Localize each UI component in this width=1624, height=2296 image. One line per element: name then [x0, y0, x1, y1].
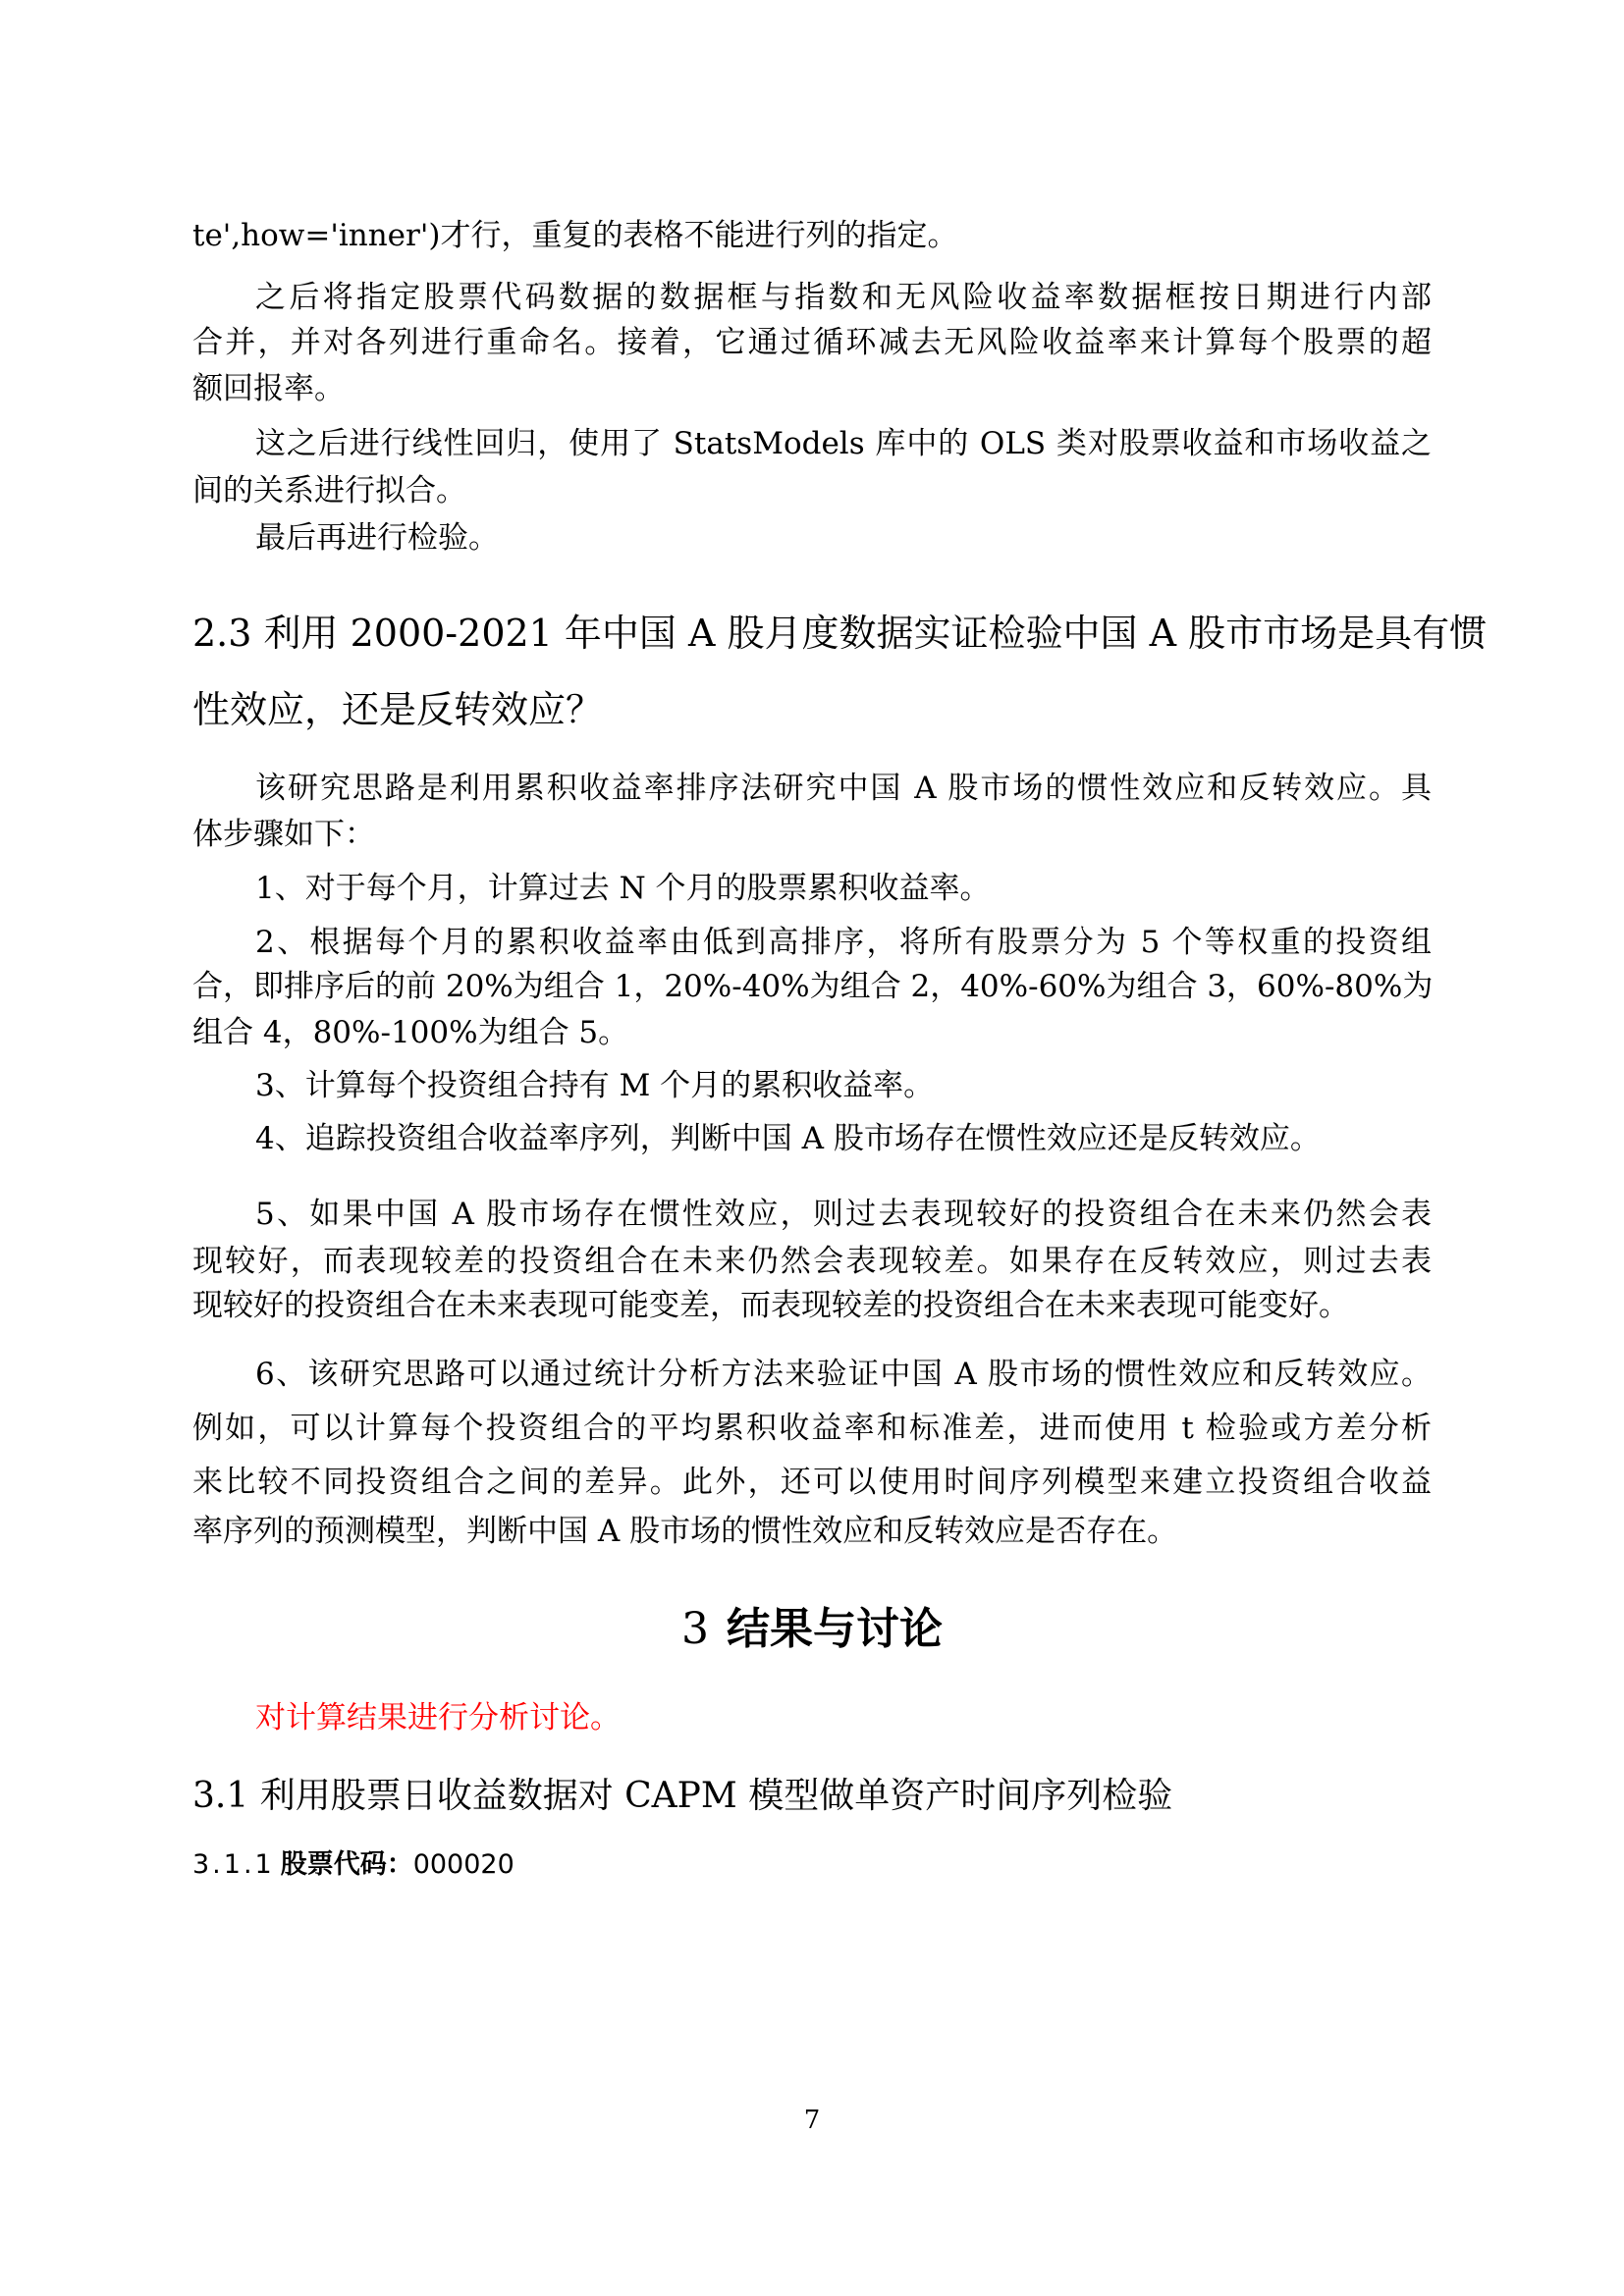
section-heading-2-3-cont: 性效应，还是反转效应？	[192, 685, 1432, 734]
chapter-heading: 3结果与讨论	[0, 1600, 1624, 1659]
subsection-number: 3.1.1	[192, 1849, 275, 1880]
instruction-note: 对计算结果进行分析讨论。	[255, 1698, 1432, 1737]
section-heading-3-1: 3.1 利用股票日收益数据对 CAPM 模型做单资产时间序列检验	[192, 1774, 1172, 1819]
paragraph-line: 体步骤如下：	[192, 815, 1432, 854]
step-6-line: 例如，可以计算每个投资组合的平均累积收益率和标准差，进而使用 t 检验或方差分析	[192, 1409, 1432, 1448]
step-1: 1、对于每个月，计算过去 N 个月的股票累积收益率。	[255, 869, 1432, 908]
step-6-line: 率序列的预测模型，判断中国 A 股市场的惯性效应和反转效应是否存在。	[192, 1512, 1432, 1551]
stock-code: 000020	[413, 1849, 514, 1880]
step-6: 6、该研究思路可以通过统计分析方法来验证中国 A 股市场的惯性效应和反转效应。	[255, 1355, 1432, 1394]
step-2-line: 组合 4，80%-100%为组合 5。	[192, 1013, 1432, 1052]
paragraph-line: 间的关系进行拟合。	[192, 471, 1432, 510]
chapter-number: 3	[681, 1604, 709, 1654]
paragraph-line: 合并，并对各列进行重命名。接着，它通过循环减去无风险收益率来计算每个股票的超	[192, 323, 1432, 362]
paragraph-line: 这之后进行线性回归，使用了 StatsModels 库中的 OLS 类对股票收益…	[255, 424, 1432, 463]
chapter-title: 结果与讨论	[727, 1604, 943, 1654]
step-2: 2、根据每个月的累积收益率由低到高排序，将所有股票分为 5 个等权重的投资组	[255, 923, 1432, 962]
section-heading-3-1-1: 3.1.1股票代码：000020	[192, 1847, 514, 1883]
section-heading-2-3: 2.3 利用 2000-2021 年中国 A 股月度数据实证检验中国 A 股市市…	[192, 609, 1432, 658]
step-6-line: 来比较不同投资组合之间的差异。此外，还可以使用时间序列模型来建立投资组合收益	[192, 1463, 1432, 1502]
subsection-label: 股票代码：	[281, 1849, 413, 1880]
step-5-line: 现较好的投资组合在未来表现可能变差，而表现较差的投资组合在未来表现可能变好。	[192, 1286, 1432, 1325]
paragraph-line: 该研究思路是利用累积收益率排序法研究中国 A 股市场的惯性效应和反转效应。具	[255, 769, 1432, 808]
paragraph-line: te',how='inner')才行，重复的表格不能进行列的指定。	[192, 216, 1432, 255]
step-5-line: 现较好，而表现较差的投资组合在未来仍然会表现较差。如果存在反转效应，则过去表	[192, 1242, 1432, 1281]
paragraph-line: 额回报率。	[192, 369, 1432, 408]
step-5: 5、如果中国 A 股市场存在惯性效应，则过去表现较好的投资组合在未来仍然会表	[255, 1195, 1432, 1234]
step-4: 4、追踪投资组合收益率序列，判断中国 A 股市场存在惯性效应还是反转效应。	[255, 1119, 1432, 1158]
step-2-line: 合，即排序后的前 20%为组合 1，20%-40%为组合 2，40%-60%为组…	[192, 967, 1432, 1006]
paragraph-line: 之后将指定股票代码数据的数据框与指数和无风险收益率数据框按日期进行内部	[255, 278, 1432, 317]
page-number: 7	[0, 2106, 1624, 2135]
step-3: 3、计算每个投资组合持有 M 个月的累积收益率。	[255, 1066, 1432, 1105]
paragraph-line: 最后再进行检验。	[255, 518, 1432, 558]
document-page: te',how='inner')才行，重复的表格不能进行列的指定。 之后将指定股…	[0, 0, 1624, 2296]
